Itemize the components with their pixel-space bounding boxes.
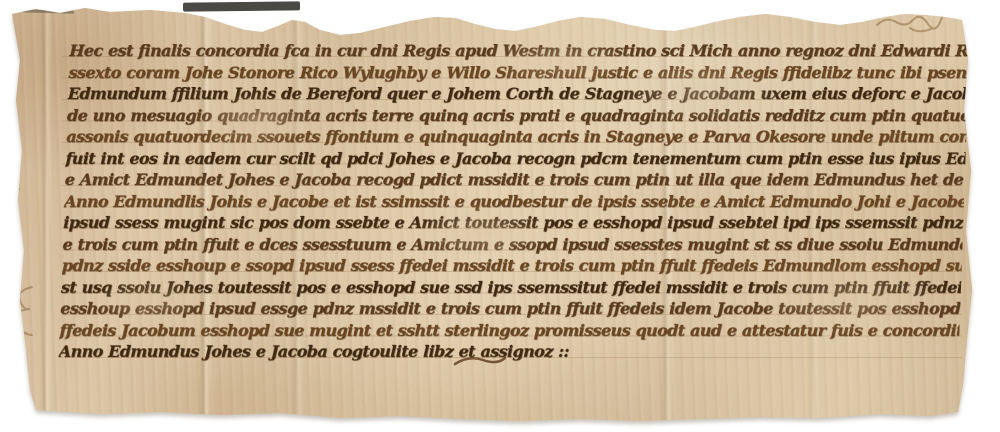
manuscript-line: ssexto coram Johe Stonore Rico Wylughby … xyxy=(68,62,969,84)
manuscript-line: ffedeis Jacobum esshopd sue mugint et ss… xyxy=(59,320,960,342)
parchment-document: Hec est finalis concordia fca in cur dni… xyxy=(0,0,1000,432)
manuscript-line: Anno Edmundlis Johis e Jacobe et ist ssi… xyxy=(64,191,965,213)
margin-flourish-icon xyxy=(6,140,32,192)
parchment-shadow-wrap: Hec est finalis concordia fca in cur dni… xyxy=(0,0,1000,432)
manuscript-line: esshoup esshopd ipsud essge pdnz mssidit… xyxy=(60,298,961,320)
manuscript-text-block: Hec est finalis concordia fca in cur dni… xyxy=(58,40,969,363)
manuscript-line: Anno Edmundus Johes e Jacoba cogtoulite … xyxy=(58,341,959,363)
manuscript-line: e trois cum ptin ffuit e dces ssesstuum … xyxy=(62,234,963,256)
manuscript-line: e Amict Edmundet Johes e Jacoba recogd p… xyxy=(64,169,965,191)
margin-flourish-icon xyxy=(2,282,38,340)
fold-crease xyxy=(40,0,52,432)
manuscript-line: ipsud ssess mugint sic pos dom ssebte e … xyxy=(63,212,964,234)
manuscript-line: assonis quatuordecim ssouets ffontium e … xyxy=(66,126,967,148)
margin-scribble-icon xyxy=(872,10,967,34)
photograph-background: Hec est finalis concordia fca in cur dni… xyxy=(0,0,1000,432)
manuscript-line: de uno mesuagio quadraginta acris terre … xyxy=(67,105,968,127)
manuscript-line: Edmundum ffilium Johis de Bereford quer … xyxy=(67,83,968,105)
manuscript-line: fuit int eos in eadem cur scilt qd pdci … xyxy=(65,148,966,170)
manuscript-line: st usq ssoiu Johes toutessit pos e essho… xyxy=(61,277,962,299)
manuscript-line: Hec est finalis concordia fca in cur dni… xyxy=(69,40,970,62)
manuscript-line: pdnz sside esshoup e ssopd ipsud ssess f… xyxy=(61,255,962,277)
line-end-flourish-icon xyxy=(452,352,508,368)
